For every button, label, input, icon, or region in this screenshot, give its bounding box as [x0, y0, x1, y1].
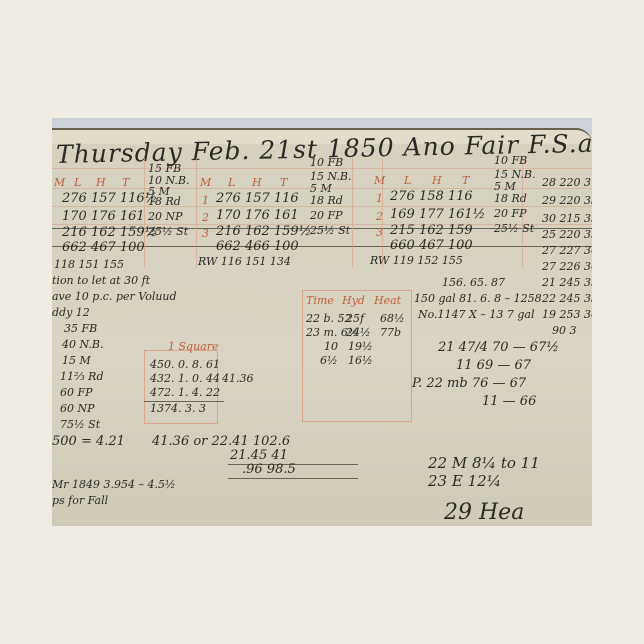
mid-right-note: 150 gal 81. 6. 8 – 1258: [414, 292, 542, 305]
calc-line: .96 98.5: [242, 462, 296, 477]
row-note: 18 Rd: [148, 195, 181, 208]
square-total: 1374. 3. 3: [150, 402, 206, 415]
right-col-entry: 19 253 36: [542, 308, 592, 321]
square-label: 1 Square: [168, 340, 218, 353]
right-col-entry: 28 220 31: [542, 176, 592, 189]
reading: P. 22 mb 76 — 67: [412, 376, 526, 391]
mid-right-note: No.1147 X – 13 7 gal: [418, 308, 534, 321]
col-header-l: L: [228, 176, 235, 189]
row-note: 25½ St: [148, 225, 188, 238]
square-line: 472. 1. 4. 22: [150, 386, 220, 399]
column-line: [196, 158, 197, 268]
col-header-l: L: [74, 176, 81, 189]
col-header-m: M: [374, 174, 385, 187]
block-total: 662 467 100: [62, 240, 145, 255]
row-values: 216 162 159½: [216, 224, 311, 239]
bottom-right-note: 23 E 12¼: [428, 472, 501, 490]
row-values: 276 157 116½: [62, 191, 157, 206]
sum-line: [228, 478, 358, 479]
row-number: 1: [376, 192, 383, 205]
bottom-left-note: Mr 1849 3.954 – 4.5½: [52, 478, 176, 491]
reading: 11 69 — 67: [456, 358, 531, 373]
row-note: 18 Rd: [494, 192, 527, 205]
row-number: 2: [376, 210, 383, 223]
row-number: 3: [376, 226, 383, 239]
row-note: 25½ St: [310, 224, 350, 237]
heat-cell: 77b: [380, 326, 401, 339]
hyd-cell: 25f: [346, 312, 364, 325]
col-header-t: T: [280, 176, 287, 189]
bottom-right-note: 29 Hea: [444, 500, 524, 525]
col-header-h: H: [96, 176, 106, 189]
bottom-left-note: ps for Fall: [52, 494, 108, 507]
rw-row: RW 116 151 134: [198, 255, 291, 268]
col-header-l: L: [404, 174, 411, 187]
time-cell: 22 b. 52: [306, 312, 352, 325]
rw-row: RW 119 152 155: [370, 254, 463, 267]
row-note: 25½ St: [494, 222, 534, 235]
row-number: 3: [202, 227, 209, 240]
row-number: 1: [202, 194, 209, 207]
column-line: [352, 158, 353, 268]
calc-line: 21.45 41: [230, 448, 288, 463]
row-number: 2: [202, 211, 209, 224]
row-values: 276 157 116: [216, 191, 299, 206]
bottom-right-note: 22 M 8¼ to 11: [428, 454, 540, 472]
left-note: ave 10 p.c. per Voluud: [52, 290, 177, 303]
row-values: 216 162 159½: [62, 225, 157, 240]
ledger-photo: Thursday Feb. 21st 1850 Ano Fair F.S.a.N…: [52, 118, 592, 526]
heat-header: Heat: [374, 294, 401, 307]
col-header-m: M: [200, 176, 211, 189]
left-note: 15 M: [62, 354, 91, 367]
heat-cell: 68½: [380, 312, 405, 325]
col-header-h: H: [252, 176, 262, 189]
right-col-entry: 25 220 35: [542, 228, 592, 241]
row-values: 170 176 161: [62, 209, 145, 224]
square-side-value: 41.36: [222, 372, 254, 385]
col-header-h: H: [432, 174, 442, 187]
left-note: 118 151 155: [54, 258, 124, 271]
block-total: 662 466 100: [216, 239, 299, 254]
row-note: 20 FP: [310, 209, 343, 222]
note: 10 FB: [310, 156, 343, 169]
right-col-entry: 27 226 36: [542, 260, 592, 273]
col-header-t: T: [462, 174, 469, 187]
right-col-entry: 29 220 33: [542, 194, 592, 207]
reading: 11 — 66: [482, 394, 536, 409]
right-col-entry: 22 245 33: [542, 292, 592, 305]
row-values: 215 162 159: [390, 223, 473, 238]
row-note: 18 Rd: [310, 194, 343, 207]
hyd-cell: 24½: [346, 326, 371, 339]
square-line: 432. 1. 0. 44: [150, 372, 220, 385]
note: 10 FB: [494, 154, 527, 167]
col-header-m: M: [54, 176, 65, 189]
row-values: 169 177 161½: [390, 207, 485, 222]
right-col-entry: 30 215 35: [542, 212, 592, 225]
row-note: 20 FP: [494, 207, 527, 220]
left-note: 75½ St: [60, 418, 100, 431]
col-header-t: T: [122, 176, 129, 189]
time-header: Time: [306, 294, 334, 307]
row-note: 20 NP: [148, 210, 183, 223]
row-values: 170 176 161: [216, 208, 299, 223]
left-note: ddy 12: [52, 306, 90, 319]
right-col-entry: 21 245 35: [542, 276, 592, 289]
left-note: 500 = 4.21: [52, 434, 125, 449]
reading: 21 47/4 70 — 67½: [438, 340, 559, 355]
left-note: 40 N.B.: [62, 338, 104, 351]
hyd-header: Hyd: [342, 294, 365, 307]
left-note: 11⅔ Rd: [60, 370, 103, 383]
hyd-cell: 19½: [348, 340, 373, 353]
hyd-cell: 16½: [348, 354, 373, 367]
time-cell: 6½: [320, 354, 338, 367]
mid-right-note: 156. 65. 87: [442, 276, 505, 289]
calc-line: 41.36 or 22.41 102.6: [152, 434, 290, 449]
left-note: 60 FP: [60, 386, 93, 399]
left-note: 60 NP: [60, 402, 95, 415]
left-note: 35 FB: [64, 322, 97, 335]
square-line: 450. 0. 8. 61: [150, 358, 220, 371]
row-values: 276 158 116: [390, 189, 473, 204]
right-col-entry: 27 227 36: [542, 244, 592, 257]
time-cell: 10: [324, 340, 338, 353]
left-note: tion to let at 30 ft: [52, 274, 150, 287]
right-col-entry: 90 3: [552, 324, 577, 337]
block-total: 660 467 100: [390, 238, 473, 253]
